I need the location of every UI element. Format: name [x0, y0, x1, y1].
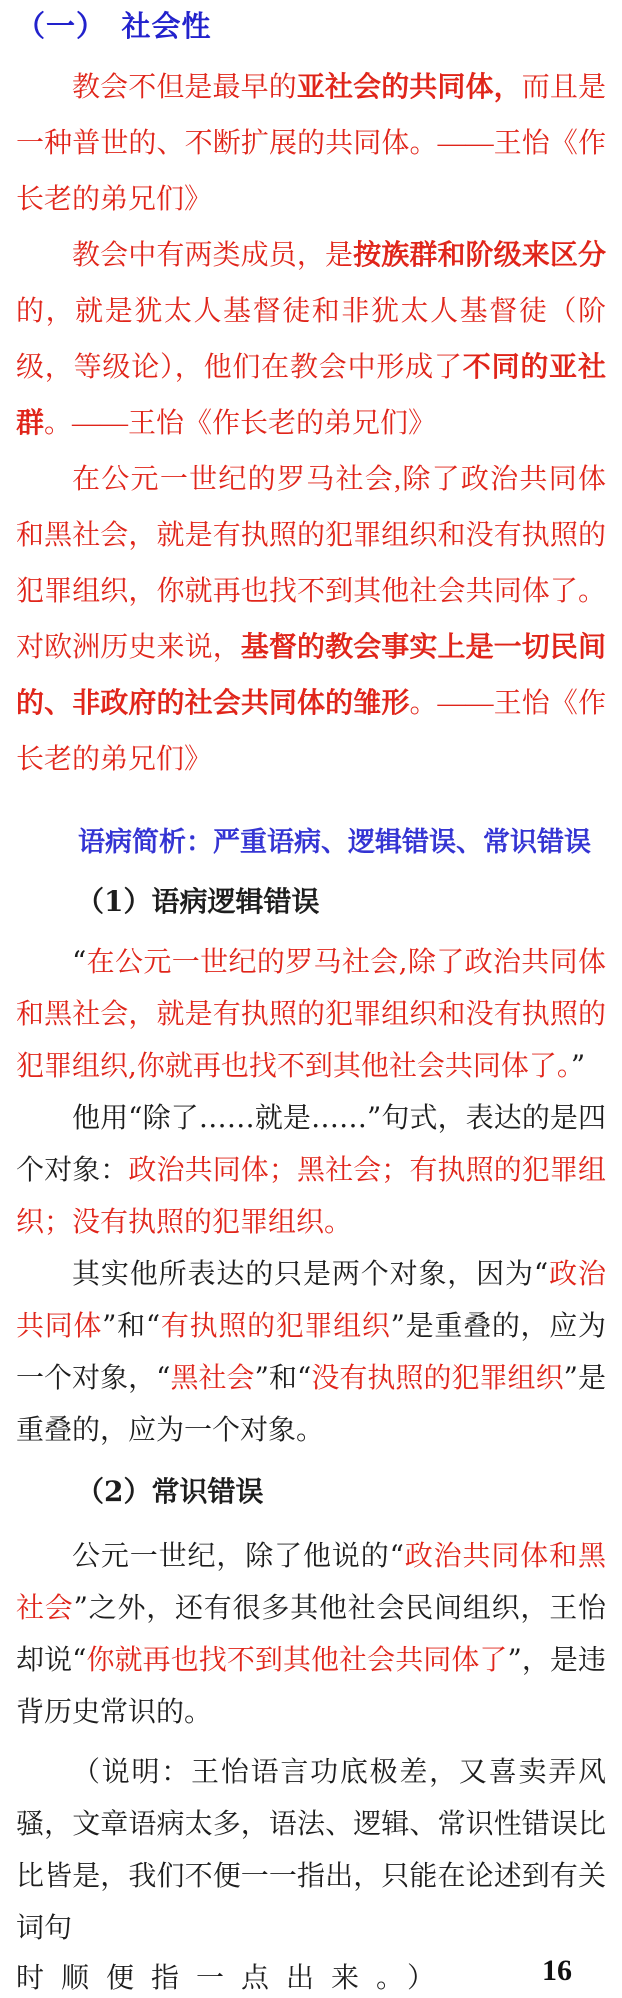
- quote-text: 教会不但是最早的: [72, 72, 297, 103]
- quote-text: 教会中有两类成员，是: [72, 240, 353, 271]
- quoted-term: 没有执照的犯罪组织: [311, 1361, 563, 1394]
- page-title: （一） 社会性: [16, 6, 606, 48]
- note-paragraph: （说明：王怡语言功底极差，又喜卖弄风骚，文章语病太多，语法、逻辑、常识性错误比比…: [16, 1746, 606, 1954]
- subheading-2: （2）常识错误: [76, 1472, 606, 1512]
- analysis-text: ”和“: [255, 1361, 312, 1394]
- analysis-paragraph-common-sense: 公元一世纪，除了他说的“政治共同体和黑社会”之外，还有很多其他社会民间组织，王怡…: [16, 1530, 606, 1738]
- quote-emphasis: 按族群和阶级来区分: [353, 240, 606, 271]
- quoted-term: 有执照的犯罪组织: [160, 1309, 390, 1342]
- analysis-paragraph-overlap: 其实他所表达的只是两个对象，因为“政治共同体”和“有执照的犯罪组织”是重叠的，应…: [16, 1248, 606, 1456]
- analysis-text: 其实他所表达的只是两个对象，因为“: [72, 1257, 548, 1290]
- page-number: 16: [542, 1954, 572, 1988]
- analysis-text: 公元一世纪，除了他说的“: [72, 1539, 404, 1572]
- subheading-1: （1）语病逻辑错误: [76, 882, 606, 922]
- quote-paragraph-1: 教会不但是最早的亚社会的共同体，而且是一种普世的、不断扩展的共同体。——王怡《作…: [16, 60, 606, 228]
- analysis-heading: 语病简析：严重语病、逻辑错误、常识错误: [16, 824, 606, 862]
- quote-mark: ”: [571, 1049, 585, 1082]
- analysis-paragraph-objects: 他用“除了……就是……”句式，表达的是四个对象：政治共同体；黑社会；有执照的犯罪…: [16, 1092, 606, 1248]
- quote-mark: “: [72, 945, 86, 978]
- quote-paragraph-3: 在公元一世纪的罗马社会,除了政治共同体和黑社会，就是有执照的犯罪组织和没有执照的…: [16, 452, 606, 788]
- note-paragraph-last-line: 时顺便指一点出来。）: [16, 1954, 606, 1998]
- document-page: （一） 社会性 教会不但是最早的亚社会的共同体，而且是一种普世的、不断扩展的共同…: [0, 6, 622, 1998]
- analysis-text: ”和“: [102, 1309, 160, 1342]
- quoted-term: 你就再也找不到其他社会共同体了: [86, 1643, 507, 1676]
- quoted-sentence: 在公元一世纪的罗马社会,除了政治共同体和黑社会，就是有执照的犯罪组织和没有执照的…: [16, 945, 606, 1082]
- quote-paragraph-2: 教会中有两类成员，是按族群和阶级来区分的，就是犹太人基督徒和非犹太人基督徒（阶级…: [16, 228, 606, 452]
- quoted-term: 黑社会: [170, 1361, 254, 1394]
- analysis-paragraph-quote: “在公元一世纪的罗马社会,除了政治共同体和黑社会，就是有执照的犯罪组织和没有执照…: [16, 936, 606, 1092]
- quote-emphasis: 亚社会的共同体，: [297, 72, 522, 103]
- quote-text: 。——王怡《作长老的弟兄们》: [44, 408, 436, 439]
